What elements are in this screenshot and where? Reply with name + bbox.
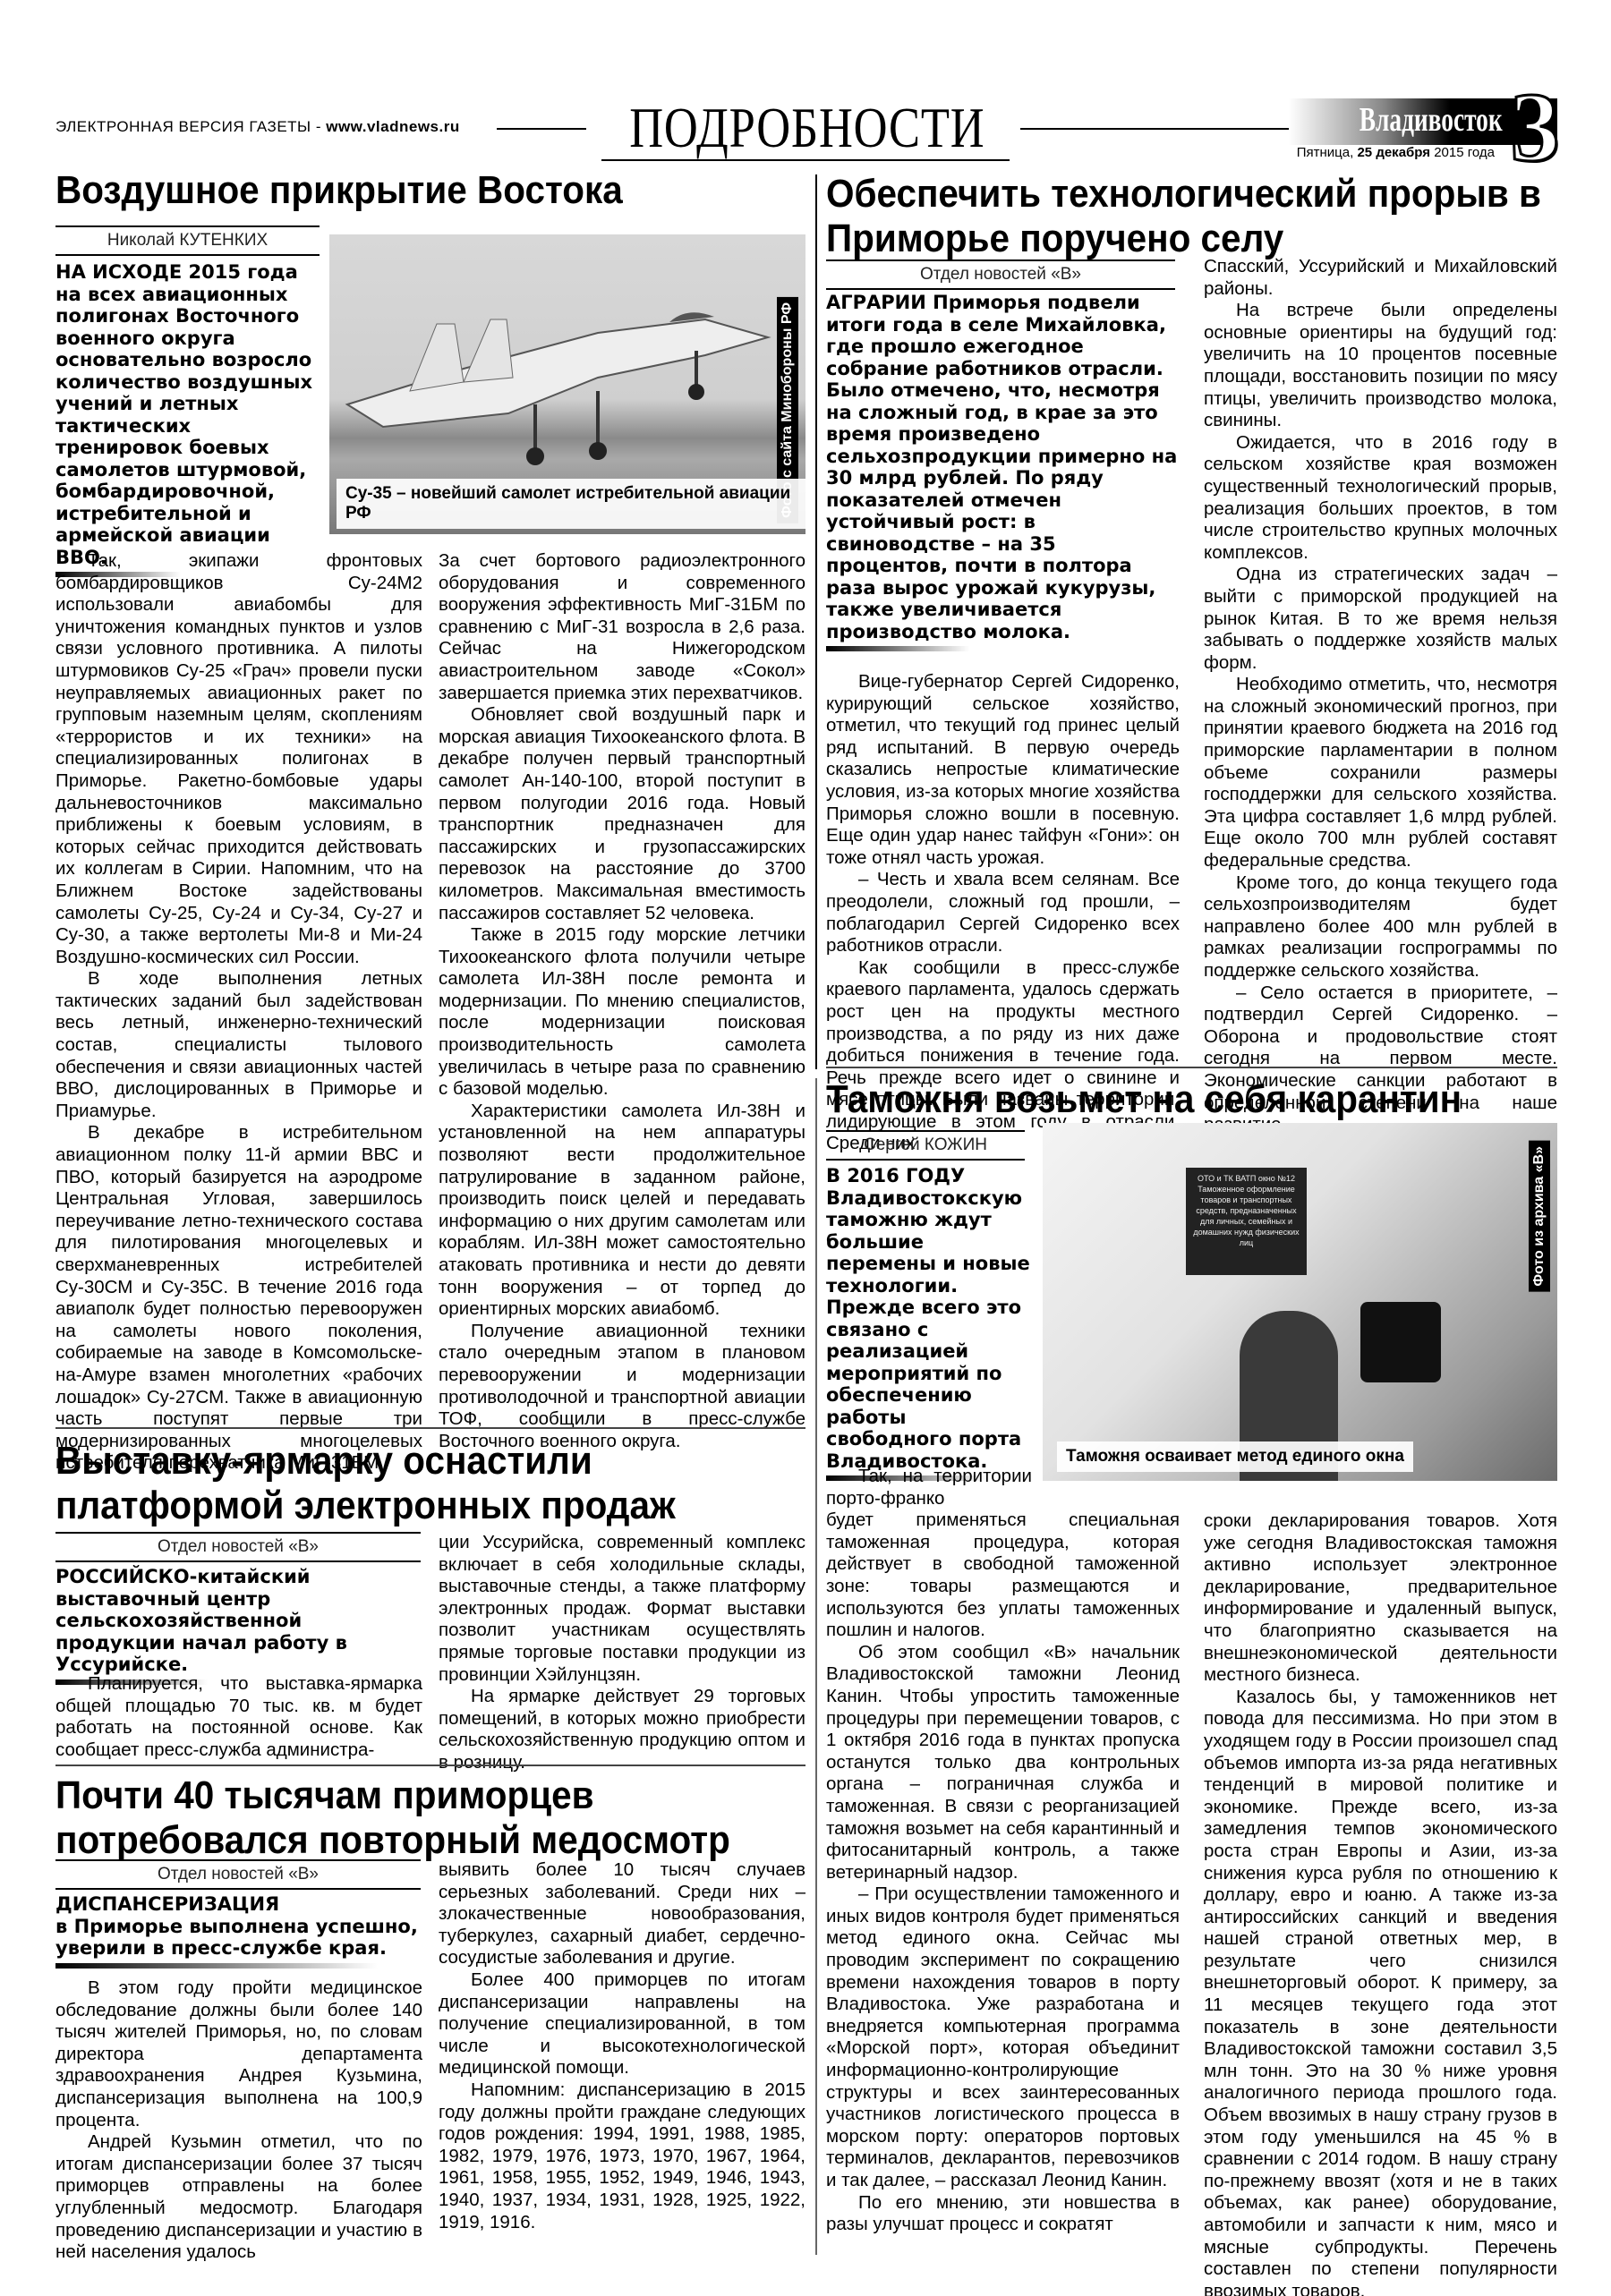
med-lede: ДИСПАНСЕРИЗАЦИЯв Приморье выполнена успе… [55,1893,422,1969]
air-byline: Николай КУТЕНКИХ [55,225,320,256]
agro-byline: Отдел новостей «В» [826,259,1175,290]
fair-headline[interactable]: Выставку-ярмарку оснастили платформой эл… [55,1439,676,1528]
masthead-rule-left [497,128,586,130]
fair-lede-cap: РОССИЙСКО [55,1566,190,1587]
lede-underline-gradient [55,1963,378,1969]
article-separator [826,1067,1557,1068]
air-headline[interactable]: Воздушное прикрытие Востока [55,168,623,213]
paragraph: Напомним: диспансеризацию в 2015 году до… [439,2079,805,2233]
customs-headline[interactable]: Таможня возьмет на себя карантин [826,1077,1462,1122]
paragraph: Вице-губернатор Сергей Сидоренко, куриру… [826,671,1180,869]
paragraph: Характеристики самолета Ил-38Н и установ… [439,1101,805,1321]
paragraph: Спасский, Уссурийский и Михайловский рай… [1204,256,1557,300]
paragraph: Ожидается, что в 2016 году в сельском хо… [1204,432,1557,565]
issue-date: Пятница, 25 декабря 2015 года [1271,145,1495,160]
paragraph: Получение авиационной техники стало очер… [439,1321,805,1453]
customs-photo: ОТО и ТК ВАТП окно №12 Таможенное оформл… [1043,1123,1557,1481]
fair-body-col2: ции Уссурийска, современный комплекс вкл… [439,1532,805,1774]
paragraph: Андрей Кузьмин отметил, что по итогам ди… [55,2131,422,2264]
agro-headline-line1: Обеспечить технологический прорыв в [826,172,1541,217]
paragraph: В ходе выполнения летных тактических зад… [55,968,422,1122]
air-lede-cap: НА ИСХОДЕ 2015 года [55,261,298,283]
customs-photo-credit: Фото из архива «В» [1529,1141,1550,1292]
paragraph: В декабре в истребительном авиационном п… [55,1122,422,1475]
customs-lede-cap: В 2016 ГОДУ [826,1165,965,1186]
customs-body-col2: сроки декларирования товаров. Хотя уже с… [1204,1510,1557,2296]
column-divider-top [815,174,817,1069]
paragraph: сроки декларирования товаров. Хотя уже с… [1204,1510,1557,1687]
site-link[interactable]: www.vladnews.ru [326,118,460,135]
paragraph: Одна из стратегических задач – выйти с п… [1204,564,1557,674]
paragraph: Необходимо отметить, что, несмотря на сл… [1204,674,1557,872]
med-lede-cap: ДИСПАНСЕРИЗАЦИЯ [55,1893,279,1915]
med-body-col2: выявить более 10 тысяч случаев серьезных… [439,1859,805,2233]
lede-underline-gradient [826,646,969,651]
section-title: ПОДРОБНОСТИ [629,97,982,159]
customs-window-sign: ОТО и ТК ВАТП окно №12 Таможенное оформл… [1186,1168,1307,1275]
customs-lede: В 2016 ГОДУВладивостокскую таможню ждут … [826,1165,1036,1481]
paragraph: На ярмарке действует 29 торговых помещен… [439,1686,805,1773]
paragraph: будет применяться специальная таможенная… [826,1509,1180,1642]
air-photo-caption: Су-35 – новейший самолет истребительной … [337,479,805,529]
agro-lede: АГРАРИИ Приморья подвели итоги года в се… [826,292,1180,651]
date-year: 2015 года [1434,145,1495,160]
agro-headline[interactable]: Обеспечить технологический прорыв в Прим… [826,172,1541,261]
med-headline-line1: Почти 40 тысячам приморцев [55,1773,730,1818]
fair-body-col1: Планируется, что выставка-ярмарка общей … [55,1673,422,1761]
air-lede: НА ИСХОДЕ 2015 года на всех авиационных … [55,261,324,577]
paragraph: ции Уссурийска, современный комплекс вкл… [439,1532,805,1686]
masthead-rule-right [1020,128,1316,130]
fair-byline: Отдел новостей «В» [55,1532,421,1562]
med-headline[interactable]: Почти 40 тысячам приморцев потребовался … [55,1773,730,1863]
article-separator [55,1427,805,1429]
column-divider-bottom [815,1078,817,2255]
customs-body-col1: Так, на территории порто-франко будет пр… [826,1466,1180,2236]
agro-lede-cap: АГРАРИИ [826,292,926,313]
air-body-col2: За счет бортового радиоэлектронного обор… [439,550,805,1452]
paragraph: Так, на территории порто-франко [826,1466,1032,1509]
air-body-col1: Так, экипажи фронтовых бомбардировщиков … [55,550,422,1475]
paragraph: – Честь и хвала всем селянам. Все преодо… [826,869,1180,957]
med-byline: Отдел новостей «В» [55,1859,421,1890]
paragraph: Об этом сообщил «В» начальник Владивосто… [826,1642,1180,1884]
paragraph: По его мнению, эти новшества в разы улуч… [826,2192,1180,2236]
bag-shape [1360,1302,1441,1382]
paragraph: Более 400 приморцев по итогам диспансери… [439,1969,805,2079]
section-underline [601,159,1010,161]
fair-headline-line1: Выставку-ярмарку оснастили [55,1439,676,1484]
customs-byline: Сергей КОЖИН [826,1130,1025,1161]
paragraph: выявить более 10 тысяч случаев серьезных… [439,1859,805,1969]
paragraph: – При осуществлении таможенного и иных в… [826,1884,1180,2191]
article-separator [55,1765,805,1766]
agro-lede-text: Приморья подвели итоги года в селе Михай… [826,292,1177,642]
fair-lede: РОССИЙСКО-китайский выставочный центр се… [55,1566,422,1685]
air-lede-text: на всех авиационных полигонах Восточного… [55,284,312,568]
paragraph: Планируется, что выставка-ярмарка общей … [55,1673,422,1761]
paragraph: Кроме того, до конца текущего года сельх… [1204,872,1557,982]
edition-label: ЭЛЕКТРОННАЯ ВЕРСИЯ ГАЗЕТЫ - www.vladnews… [55,118,460,136]
paragraph: Также в 2015 году морские летчики Тихоок… [439,924,805,1101]
page-number: 3 [1504,82,1566,172]
paragraph: За счет бортового радиоэлектронного обор… [439,550,805,704]
agro-headline-line2: Приморье поручено селу [826,217,1541,261]
med-lede-text: в Приморье выполнена успешно, уверили в … [55,1916,418,1960]
paragraph: Обновляет свой воздушный парк и морская … [439,704,805,924]
paragraph: В этом году пройти медицинское обследова… [55,1977,422,2131]
paragraph: Казалось бы, у таможенников нет повода д… [1204,1687,1557,2296]
date-day: 25 декабря [1357,145,1430,160]
customs-lede-text: Владивостокскую таможню ждут большие пер… [826,1187,1030,1472]
med-headline-line2: потребовался повторный медосмотр [55,1818,730,1863]
date-weekday: Пятница, [1297,145,1354,160]
fair-headline-line2: платформой электронных продаж [55,1484,676,1528]
newspaper-logo: Владивосток [1360,95,1495,145]
med-body-col1: В этом году пройти медицинское обследова… [55,1977,422,2264]
paragraph: На встрече были определены основные орие… [1204,300,1557,432]
agro-body-col2: Спасский, Уссурийский и Михайловский рай… [1204,256,1557,1136]
jet-photo: Фото с сайта Минобороны РФ Су-35 – новей… [329,234,805,534]
edition-text: ЭЛЕКТРОННАЯ ВЕРСИЯ ГАЗЕТЫ - [55,118,321,135]
paragraph: Так, экипажи фронтовых бомбардировщиков … [55,550,422,968]
